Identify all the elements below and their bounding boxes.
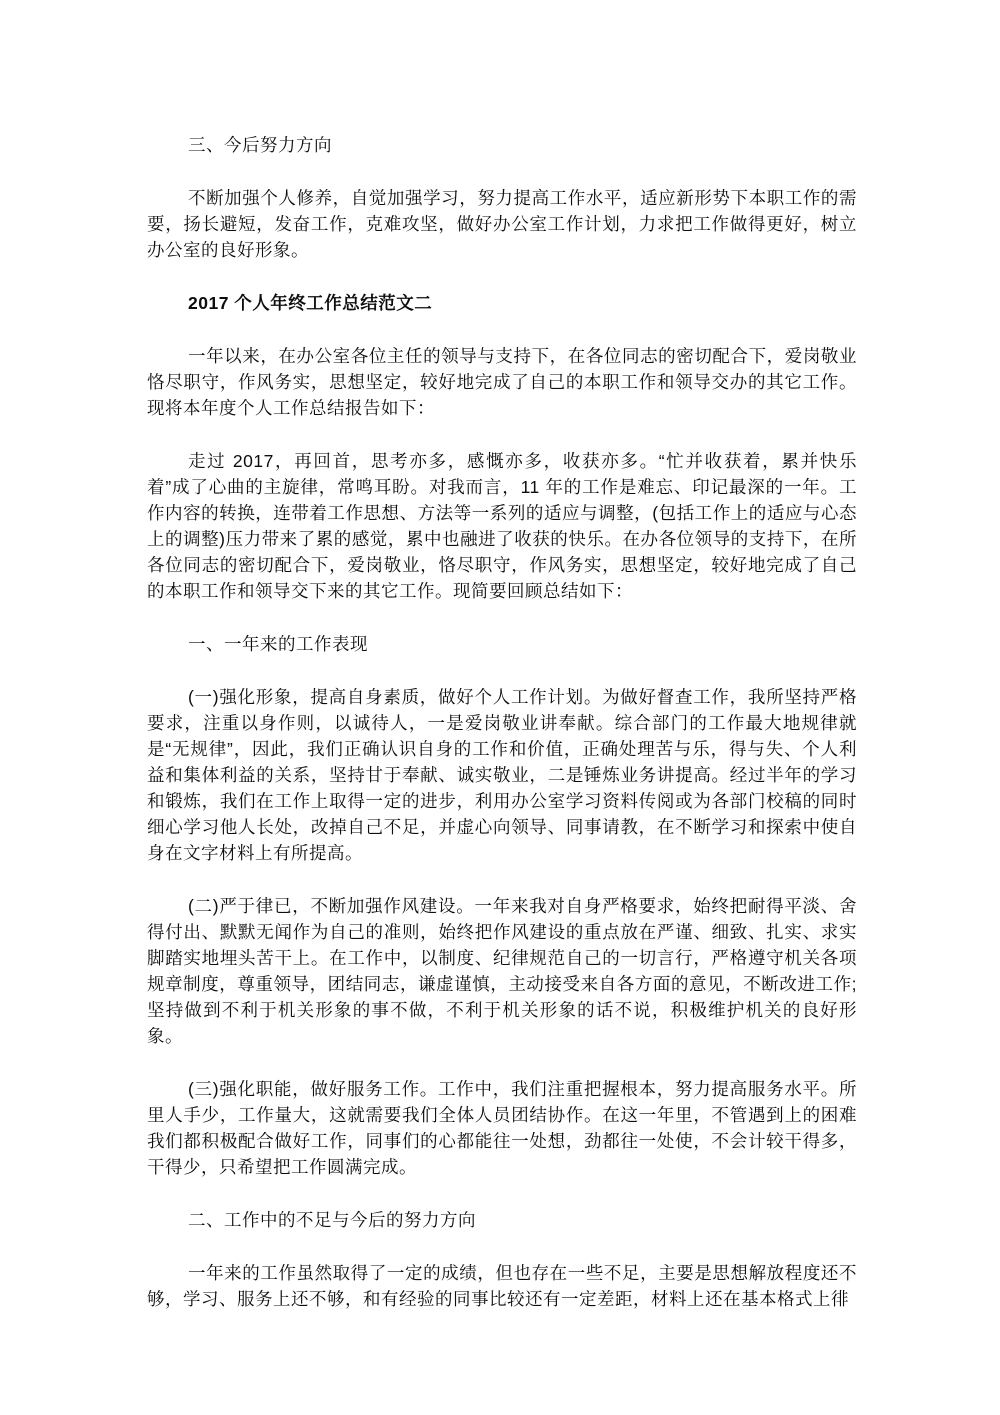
document-section-heading: 三、今后努力方向: [147, 132, 857, 158]
document-title: 2017 个人年终工作总结范文二: [147, 290, 857, 316]
document-paragraph: (三)强化职能，做好服务工作。工作中，我们注重把握根本，努力提高服务水平。所里人…: [147, 1076, 857, 1180]
document-paragraph: 走过 2017，再回首，思考亦多，感慨亦多，收获亦多。“忙并收获着，累并快乐着”…: [147, 448, 857, 604]
document-paragraph: (一)强化形象，提高自身素质，做好个人工作计划。为做好督查工作，我所坚持严格要求…: [147, 684, 857, 866]
document-paragraph: 一年以来，在办公室各位主任的领导与支持下，在各位同志的密切配合下，爱岗敬业恪尽职…: [147, 343, 857, 421]
document-content: 三、今后努力方向不断加强个人修养，自觉加强学习，努力提高工作水平，适应新形势下本…: [147, 132, 857, 1312]
document-section-heading: 二、工作中的不足与今后的努力方向: [147, 1207, 857, 1233]
document-section-heading: 一、一年来的工作表现: [147, 631, 857, 657]
document-paragraph: 不断加强个人修养，自觉加强学习，努力提高工作水平，适应新形势下本职工作的需要，扬…: [147, 185, 857, 263]
document-page: 三、今后努力方向不断加强个人修养，自觉加强学习，努力提高工作水平，适应新形势下本…: [0, 0, 1000, 1415]
document-paragraph: 一年来的工作虽然取得了一定的成绩，但也存在一些不足，主要是思想解放程度还不够，学…: [147, 1260, 857, 1312]
document-paragraph: (二)严于律已，不断加强作风建设。一年来我对自身严格要求，始终把耐得平淡、舍得付…: [147, 893, 857, 1049]
